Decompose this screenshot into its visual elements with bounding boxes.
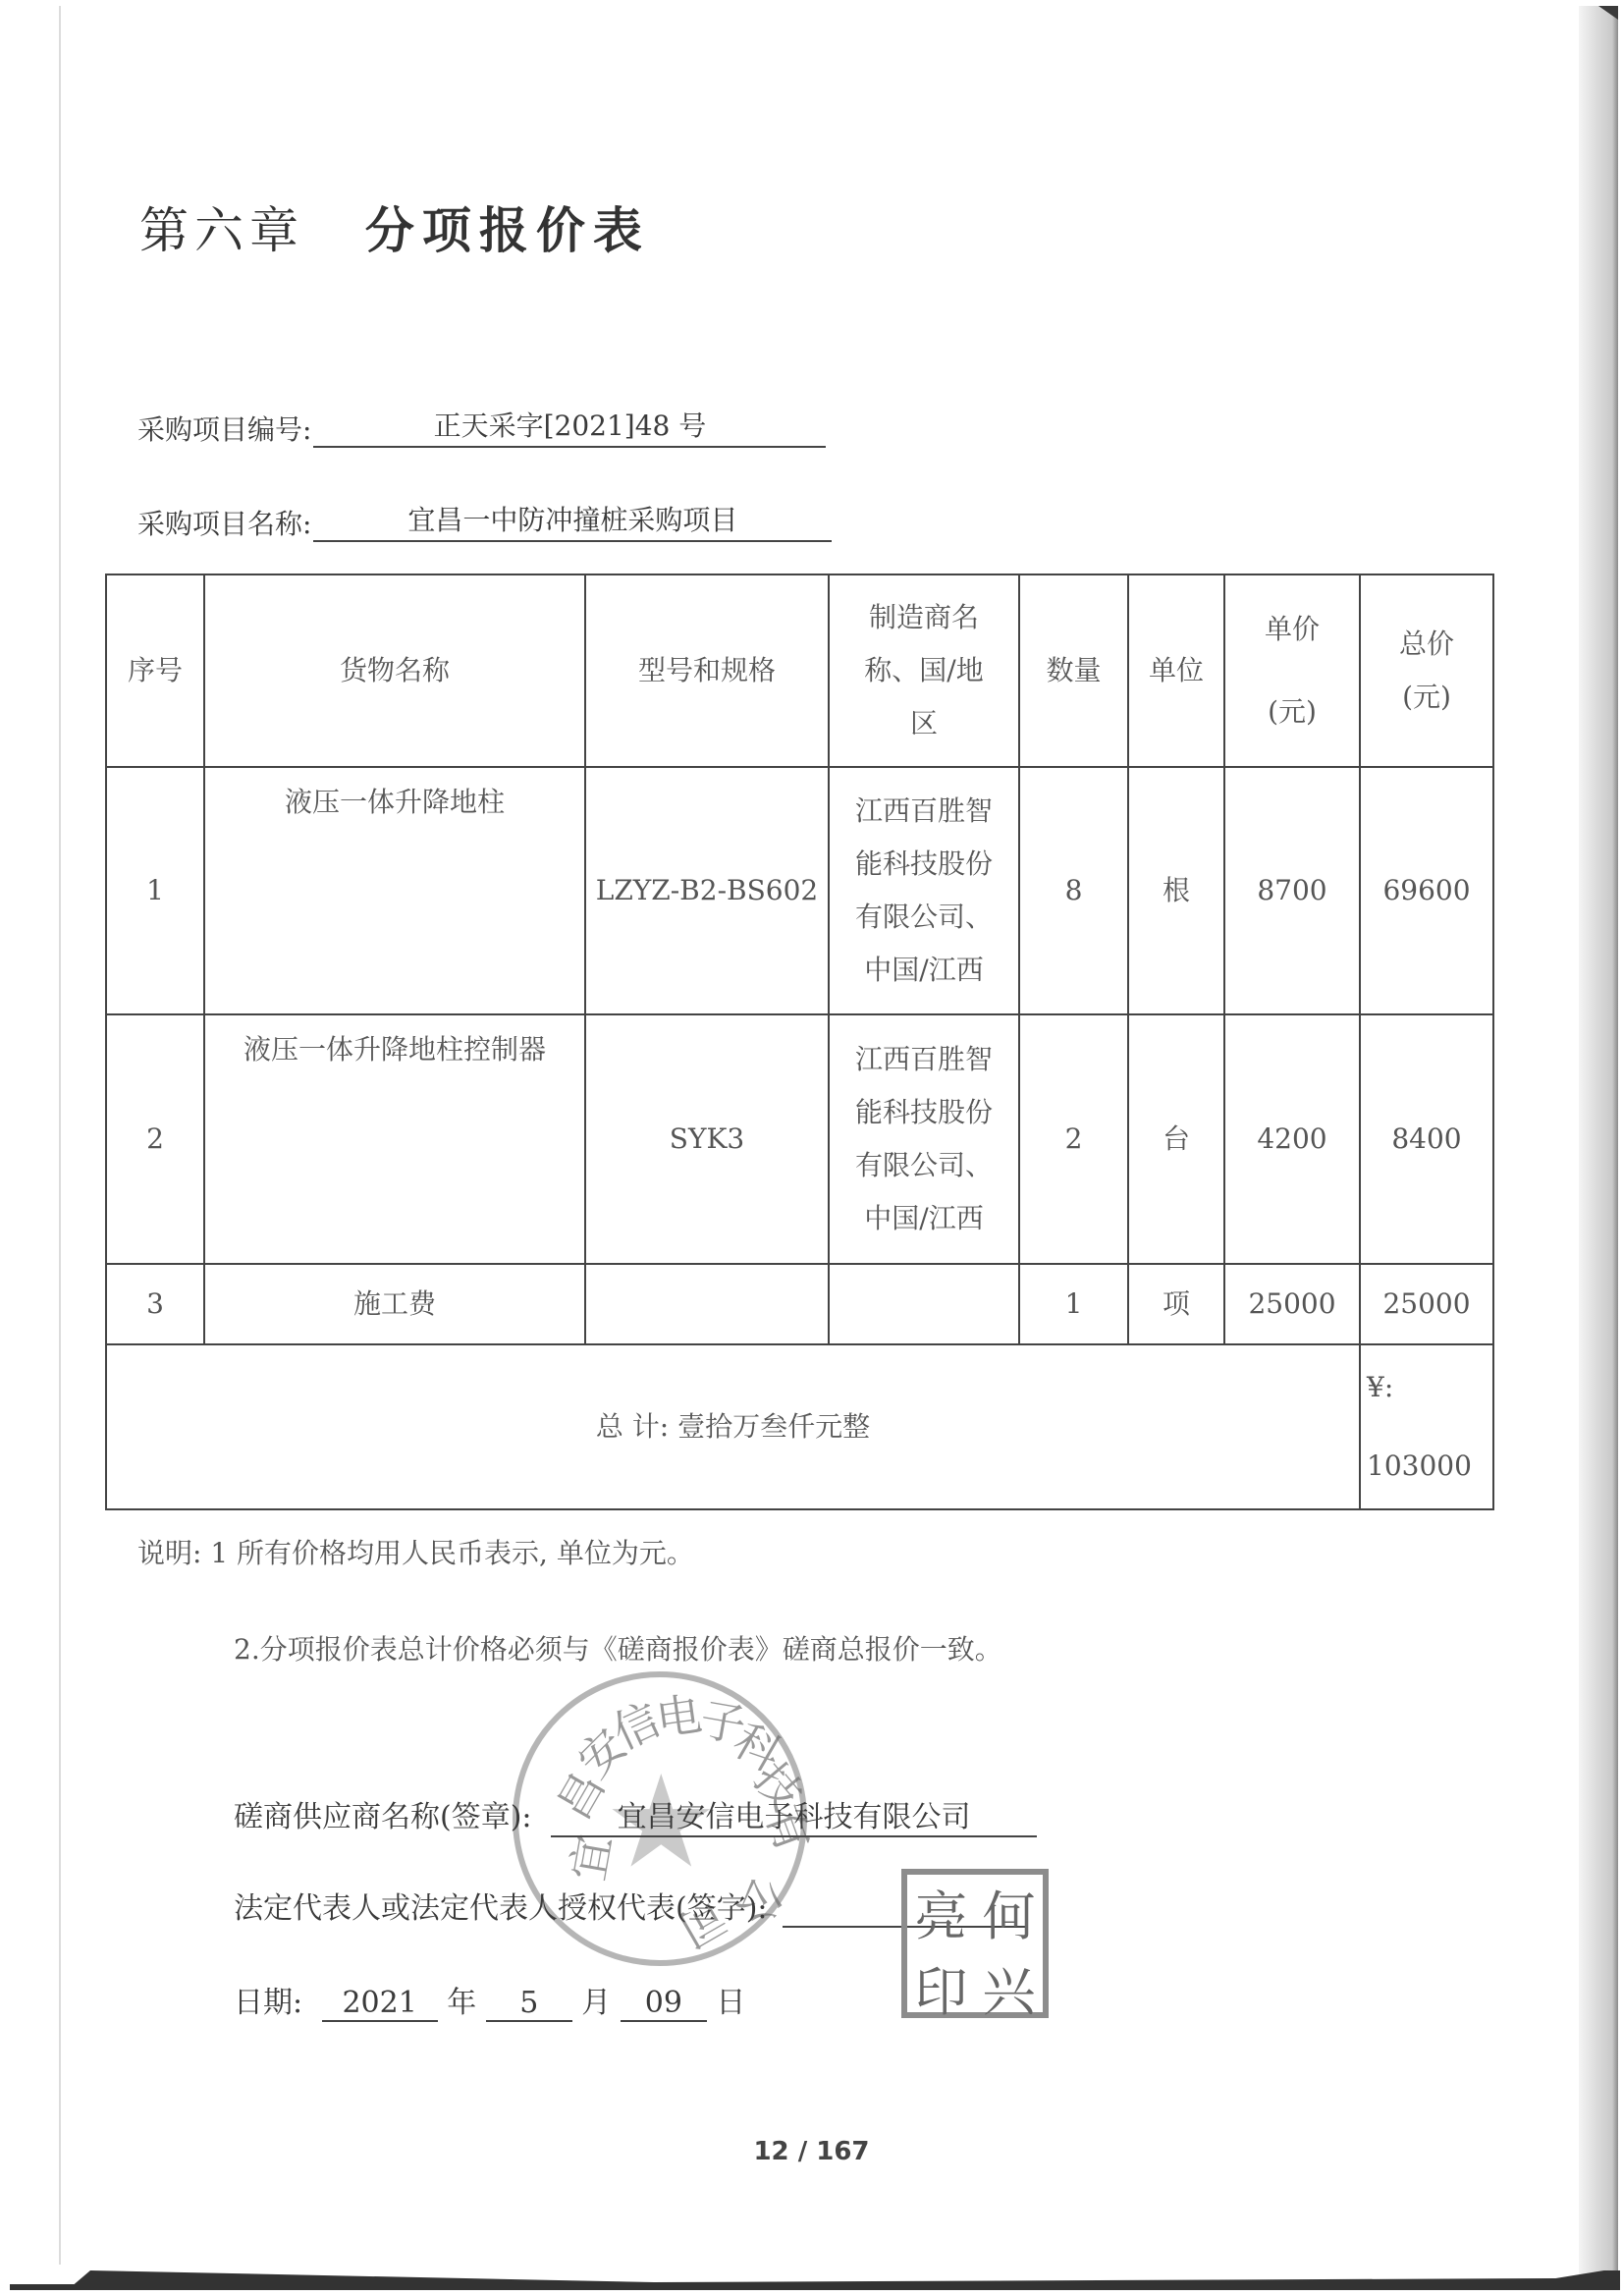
note-2: 2.分项报价表总计价格必须与《磋商报价表》磋商总报价一致。 xyxy=(234,1628,1002,1667)
row1-goods: 液压一体升降地柱 xyxy=(204,767,585,1014)
table-row: 3 施工费 1 项 25000 25000 xyxy=(106,1264,1493,1344)
page-left-edge xyxy=(59,6,61,2265)
page-right-edge xyxy=(1579,6,1618,2276)
row3-seq: 3 xyxy=(106,1264,204,1344)
header-seq: 序号 xyxy=(106,574,204,767)
page-title: 第六章 分项报价表 xyxy=(139,191,650,262)
supplier-field: 磋商供应商名称(签章): 宜昌安信电子科技有限公司 xyxy=(234,1792,1037,1837)
project-name-field: 采购项目名称: 宜昌一中防冲撞桩采购项目 xyxy=(137,499,832,542)
total-amount-cell: ¥: 103000 xyxy=(1360,1344,1493,1509)
row2-unit: 台 xyxy=(1128,1014,1224,1264)
row2-maker-line2: 能科技股份 xyxy=(830,1086,1018,1139)
date-year: 2021 xyxy=(322,1986,438,2022)
row2-total-price: 8400 xyxy=(1360,1014,1493,1264)
date-field: 日期: 2021 年 5 月 09 日 xyxy=(234,1978,745,2022)
total-amount: 103000 xyxy=(1367,1440,1492,1493)
row1-total-price: 69600 xyxy=(1360,767,1493,1014)
project-number-label: 采购项目编号: xyxy=(137,409,311,448)
page-bottom-edge xyxy=(10,2270,1620,2290)
header-maker-line1: 制造商名 xyxy=(830,591,1018,644)
quotation-table: 序号 货物名称 型号和规格 制造商名 称、国/地 区 数量 单位 单价 (元) … xyxy=(105,574,1494,1510)
header-maker-line2: 称、国/地 xyxy=(830,644,1018,697)
row2-unit-price: 4200 xyxy=(1224,1014,1360,1264)
row2-maker: 江西百胜智 能科技股份 有限公司、 中国/江西 xyxy=(829,1014,1019,1264)
note-1: 说明: 1 所有价格均用人民币表示, 单位为元。 xyxy=(137,1532,694,1571)
date-label: 日期: xyxy=(234,1986,302,2020)
personal-seal-char: 兴 xyxy=(975,1950,1043,2026)
row2-goods: 液压一体升降地柱控制器 xyxy=(204,1014,585,1264)
row1-maker-line1: 江西百胜智 xyxy=(830,785,1018,838)
header-goods: 货物名称 xyxy=(204,574,585,767)
representative-label: 法定代表人或法定代表人授权代表(签字): xyxy=(234,1891,768,1926)
page-number: 12 / 167 xyxy=(0,2137,1623,2166)
personal-seal-char: 印 xyxy=(907,1950,975,2026)
project-number-field: 采购项目编号: 正天采字[2021]48 号 xyxy=(137,405,826,448)
row2-qty: 2 xyxy=(1019,1014,1128,1264)
supplier-label: 磋商供应商名称(签章): xyxy=(234,1800,532,1834)
personal-seal: 亮 何 印 兴 xyxy=(901,1869,1049,2018)
project-name-value: 宜昌一中防冲撞桩采购项目 xyxy=(313,499,832,542)
header-unit-price-line2: (元) xyxy=(1225,685,1359,738)
header-unit-price-line1: 单价 xyxy=(1225,603,1359,656)
row1-maker-line4: 中国/江西 xyxy=(830,944,1018,997)
total-currency: ¥: xyxy=(1367,1361,1492,1414)
chapter-name: 分项报价表 xyxy=(365,202,650,259)
date-day: 09 xyxy=(621,1986,707,2022)
row3-total-price: 25000 xyxy=(1360,1264,1493,1344)
date-month-suffix: 月 xyxy=(581,1986,611,2020)
row3-qty: 1 xyxy=(1019,1264,1128,1344)
row3-model xyxy=(585,1264,829,1344)
header-maker-line3: 区 xyxy=(830,697,1018,750)
row1-seq: 1 xyxy=(106,767,204,1014)
table-row: 1 液压一体升降地柱 LZYZ-B2-BS602 江西百胜智 能科技股份 有限公… xyxy=(106,767,1493,1014)
header-total-price: 总价 (元) xyxy=(1360,574,1493,767)
row2-seq: 2 xyxy=(106,1014,204,1264)
header-model: 型号和规格 xyxy=(585,574,829,767)
row1-model: LZYZ-B2-BS602 xyxy=(585,767,829,1014)
header-total-price-line2: (元) xyxy=(1361,671,1492,724)
personal-seal-char: 亮 xyxy=(907,1875,975,1950)
date-day-suffix: 日 xyxy=(716,1986,745,2020)
supplier-value: 宜昌安信电子科技有限公司 xyxy=(551,1792,1037,1837)
date-month: 5 xyxy=(486,1986,572,2022)
personal-seal-char: 何 xyxy=(975,1875,1043,1950)
table-total-row: 总 计: 壹拾万叁仟元整 ¥: 103000 xyxy=(106,1344,1493,1509)
table-row: 2 液压一体升降地柱控制器 SYK3 江西百胜智 能科技股份 有限公司、 中国/… xyxy=(106,1014,1493,1264)
row2-maker-line4: 中国/江西 xyxy=(830,1192,1018,1245)
row2-maker-line3: 有限公司、 xyxy=(830,1139,1018,1192)
row1-maker: 江西百胜智 能科技股份 有限公司、 中国/江西 xyxy=(829,767,1019,1014)
row3-goods: 施工费 xyxy=(204,1264,585,1344)
header-qty: 数量 xyxy=(1019,574,1128,767)
chapter-number: 第六章 xyxy=(139,202,304,259)
row1-qty: 8 xyxy=(1019,767,1128,1014)
row2-maker-line1: 江西百胜智 xyxy=(830,1033,1018,1086)
table-header-row: 序号 货物名称 型号和规格 制造商名 称、国/地 区 数量 单位 单价 (元) … xyxy=(106,574,1493,767)
header-total-price-line1: 总价 xyxy=(1361,618,1492,671)
total-label: 总 计: 壹拾万叁仟元整 xyxy=(106,1344,1360,1509)
header-unit: 单位 xyxy=(1128,574,1224,767)
row3-maker xyxy=(829,1264,1019,1344)
row1-maker-line3: 有限公司、 xyxy=(830,891,1018,944)
project-number-value: 正天采字[2021]48 号 xyxy=(313,405,826,448)
header-unit-price: 单价 (元) xyxy=(1224,574,1360,767)
row1-unit: 根 xyxy=(1128,767,1224,1014)
header-maker: 制造商名 称、国/地 区 xyxy=(829,574,1019,767)
row1-unit-price: 8700 xyxy=(1224,767,1360,1014)
project-name-label: 采购项目名称: xyxy=(137,503,311,542)
row2-model: SYK3 xyxy=(585,1014,829,1264)
row3-unit-price: 25000 xyxy=(1224,1264,1360,1344)
date-year-suffix: 年 xyxy=(447,1986,476,2020)
row3-unit: 项 xyxy=(1128,1264,1224,1344)
row1-maker-line2: 能科技股份 xyxy=(830,838,1018,891)
